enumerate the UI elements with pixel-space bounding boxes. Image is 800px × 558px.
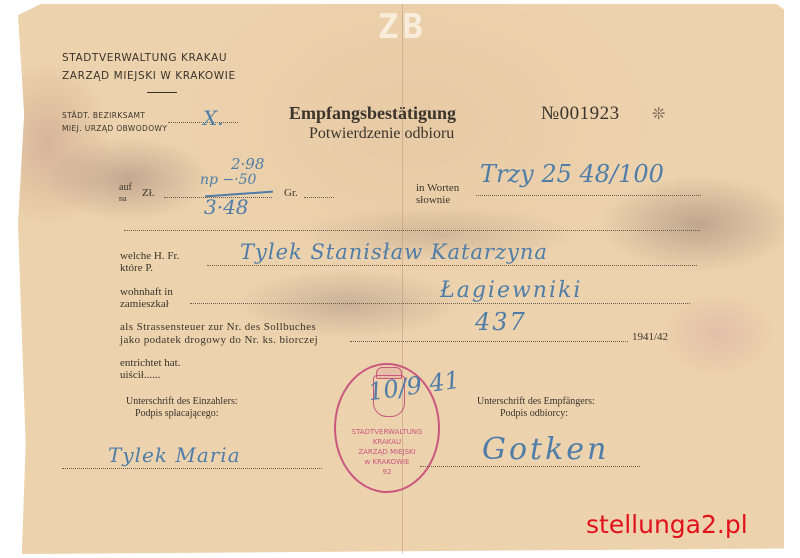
- words-dotted-line: [476, 195, 701, 196]
- words-label-polish: słownie: [416, 194, 450, 206]
- recipient-signature-label-german: Unterschrift des Empfängers:: [477, 396, 595, 408]
- tax-dotted-line: [350, 341, 628, 342]
- tax-label-german: als Strassensteuer zur Nr. des Sollbuche…: [120, 321, 316, 333]
- tax-label-polish: jako podatek drogowy do Nr. ks. biorczej: [120, 334, 318, 346]
- payer-signature-label-german: Unterschrift des Einzahlers:: [126, 396, 238, 408]
- ornament-icon: ❊: [652, 104, 665, 124]
- payer-dotted-line: [207, 265, 697, 266]
- amount-second-dotted-line: [124, 230, 700, 231]
- header-line-polish: ZARZĄD MIEJSKI W KRAKOWIE: [62, 70, 236, 82]
- header-divider: [147, 92, 177, 93]
- document-title-polish: Potwierdzenie odbioru: [309, 125, 454, 143]
- amount-in-words: Trzy 25 48/100: [480, 160, 664, 188]
- cents-dotted-line: [304, 197, 334, 198]
- stamp-line-1: STADTVERWALTUNG: [336, 427, 438, 437]
- document-title-german: Empfangsbestätigung: [289, 103, 456, 124]
- words-label-german: in Worten: [416, 182, 459, 194]
- cents-label: Gr.: [284, 187, 298, 199]
- residence-value: Łagiewniki: [440, 278, 582, 303]
- paid-label-polish: uiścił......: [120, 369, 160, 381]
- recipient-signature: Gotken: [482, 432, 609, 467]
- perforation-mark: ZB: [378, 8, 448, 98]
- amount-total: 3·48: [204, 195, 249, 219]
- header-line-german: STADTVERWALTUNG KRAKAU: [62, 52, 227, 64]
- residence-label-german: wohnhaft in: [120, 286, 173, 298]
- amount-line-2: np −·50: [200, 172, 256, 188]
- district-label-german: STÄDT. BEZIRKSAMT: [62, 111, 145, 120]
- residence-dotted-line: [190, 303, 690, 304]
- district-label-polish: MIEJ. URZĄD OBWODOWY: [62, 124, 167, 133]
- payer-label-german: welche H. Fr.: [120, 250, 179, 262]
- payer-name: Tylek Stanisław Katarzyna: [240, 240, 548, 264]
- payer-signature-label-polish: Podpis spłacającego:: [135, 408, 219, 420]
- residence-label-polish: zamieszkał: [120, 298, 169, 310]
- payer-signature: Tylek Maria: [108, 443, 241, 467]
- site-watermark: stellunga2.pl: [586, 510, 748, 539]
- stamp-line-5: 92: [336, 467, 438, 477]
- paid-label-german: entrichtet hat.: [120, 357, 180, 369]
- currency-label: Zł.: [142, 187, 155, 199]
- stamp-line-3: ZARZĄD MIEJSKI: [336, 447, 438, 457]
- district-value: X.: [203, 106, 224, 130]
- tax-year: 1941/42: [632, 331, 668, 343]
- amount-label-polish: na: [119, 193, 127, 205]
- recipient-signature-label-polish: Podpis odbiorcy:: [500, 408, 568, 420]
- tax-book-number: 437: [475, 308, 527, 336]
- stamp-line-2: KRAKAU: [336, 437, 438, 447]
- payer-signature-line: [62, 468, 322, 469]
- amount-line-1: 2·98: [231, 155, 264, 173]
- serial-number: №001923: [541, 103, 620, 125]
- payer-label-polish: które P.: [120, 262, 153, 274]
